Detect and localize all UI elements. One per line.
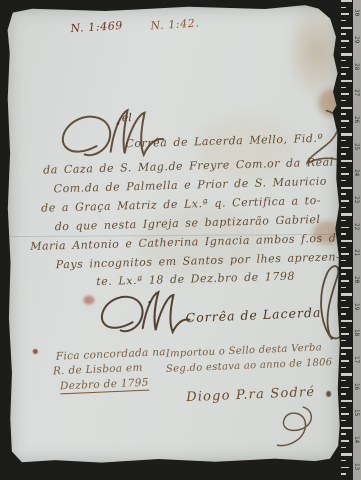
signature-rubric	[307, 261, 341, 345]
ruler-number: 23	[353, 196, 360, 203]
letter-line: Pays incognitos em Santos por lhes aprez…	[56, 250, 341, 271]
ruler-number: 25	[353, 143, 360, 150]
ruler-number: 18	[353, 329, 360, 336]
photo-ruler: 302928272625242322212019181716151413	[341, 0, 361, 480]
ruler-number: 19	[353, 303, 360, 310]
ruler-number: 27	[353, 89, 360, 96]
second-signature-rubric	[263, 401, 321, 451]
ruler-number: 30	[353, 9, 360, 16]
ruler-number: 22	[353, 223, 360, 230]
manuscript-paper: N. 1:469 N. 1:42. el	[5, 5, 341, 464]
ruler-number: 15	[353, 409, 360, 416]
ruler-number: 20	[353, 276, 360, 283]
ruler-number: 21	[353, 249, 360, 256]
letter-line: do que nesta Igreja se baptizarão Gabrie…	[55, 213, 321, 233]
svg-text:el: el	[122, 111, 133, 124]
ruler-number-strip	[353, 0, 361, 480]
ruler-number: 26	[353, 116, 360, 123]
archival-photo: N. 1:469 N. 1:42. el	[0, 0, 361, 480]
letter-line: Maria Antonio e Catherina Ignacia ambos …	[30, 231, 341, 253]
signature-monogram-flourish	[92, 286, 192, 343]
letter-line: de a Graça Matriz de Lx.ª q. Certifica a…	[41, 194, 321, 215]
ruler-number: 16	[353, 383, 360, 390]
ruler-number: 17	[353, 356, 360, 363]
ruler-number: 14	[353, 436, 360, 443]
letter-line: Com.da de Palmella e Prior de S. Maurici…	[53, 175, 327, 196]
ruler-number: 24	[353, 169, 360, 176]
ruler-number: 29	[353, 36, 360, 43]
ruler-number: 28	[353, 63, 360, 70]
ruler-number: 13	[353, 463, 360, 470]
